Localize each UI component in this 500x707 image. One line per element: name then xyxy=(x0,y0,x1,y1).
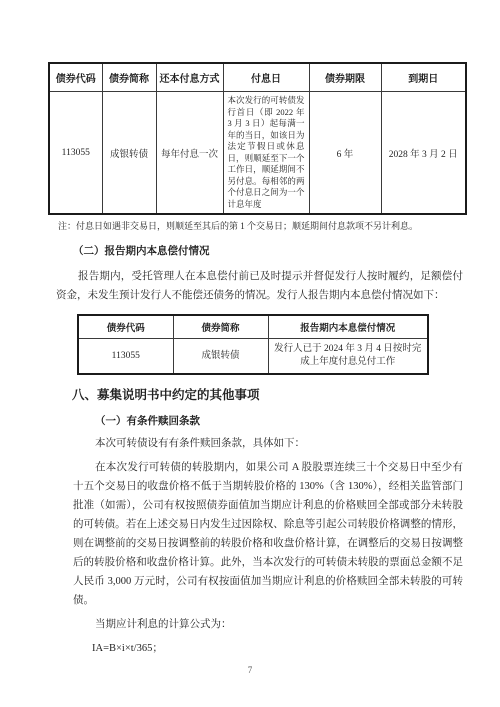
paragraph-repayment: 报告期内，受托管理人在本息偿付前已及时提示并督促发行人按时履约，足额偿付资金，未… xyxy=(56,267,463,305)
cell-bond-name-2: 成银转债 xyxy=(173,339,268,375)
col-header-bond-name-2: 债券简称 xyxy=(173,315,268,339)
paragraph-formula-intro: 当期应计利息的计算公式为： xyxy=(73,615,463,634)
subsection-heading-conditional-redemption: （一）有条件赎回条款 xyxy=(73,415,463,429)
paragraph-redemption-intro: 本次可转债设有有条件赎回条款，具体如下： xyxy=(73,434,463,453)
col-header-maturity-date: 到期日 xyxy=(381,63,466,92)
section-heading-repayment: （二）报告期内本息偿付情况 xyxy=(56,245,463,259)
repayment-status-header-row: 债券代码 债券简称 报告期内本息偿付情况 xyxy=(78,315,428,339)
col-header-payment-method: 还本付息方式 xyxy=(156,63,223,92)
col-header-bond-code: 债券代码 xyxy=(49,63,102,92)
bond-payment-table: 债券代码 债券简称 还本付息方式 付息日 债券期限 到期日 113055 成银转… xyxy=(48,62,467,215)
formula-text: IA=B×i×t/365； xyxy=(73,639,463,658)
col-header-repayment-status: 报告期内本息偿付情况 xyxy=(268,315,428,339)
cell-bond-name: 成银转债 xyxy=(102,92,156,215)
cell-maturity-date: 2028 年 3 月 2 日 xyxy=(381,92,466,215)
cell-bond-code-2: 113055 xyxy=(78,339,173,375)
bond-payment-table-row: 113055 成银转债 每年付息一次 本次发行的可转债发行首日（即 2022 年… xyxy=(49,92,466,215)
cell-payment-method: 每年付息一次 xyxy=(156,92,223,215)
section-heading-other-matters: 八、募集说明书中约定的其他事项 xyxy=(72,387,463,404)
repayment-status-table: 债券代码 债券简称 报告期内本息偿付情况 113055 成银转债 发行人已于 2… xyxy=(77,314,429,375)
col-header-bond-code-2: 债券代码 xyxy=(78,315,173,339)
page-number: 7 xyxy=(0,665,500,675)
col-header-bond-term: 债券期限 xyxy=(309,63,381,92)
paragraph-redemption-terms: 在本次发行可转债的转股期内，如果公司 A 股股票连续三十个交易日中至少有十五个交… xyxy=(73,458,463,610)
subsection-conditional-redemption: （一）有条件赎回条款 本次可转债设有有条件赎回条款，具体如下： 在本次发行可转债… xyxy=(73,415,463,658)
cell-bond-code: 113055 xyxy=(49,92,102,215)
table-note: 注：付息日如遇非交易日，则顺延至其后的第 1 个交易日；顺延期间付息款项不另计利… xyxy=(58,220,470,233)
cell-interest-date: 本次发行的可转债发行首日（即 2022 年 3 月 3 日）起每满一年的当日，如… xyxy=(223,92,309,215)
bond-payment-table-header-row: 债券代码 债券简称 还本付息方式 付息日 债券期限 到期日 xyxy=(49,63,466,92)
cell-bond-term: 6 年 xyxy=(309,92,381,215)
cell-repayment-status: 发行人已于 2024 年 3 月 4 日按时完成上年度付息兑付工作 xyxy=(268,339,428,375)
document-page: 债券代码 债券简称 还本付息方式 付息日 债券期限 到期日 113055 成银转… xyxy=(0,0,500,707)
col-header-bond-name: 债券简称 xyxy=(102,63,156,92)
repayment-status-row: 113055 成银转债 发行人已于 2024 年 3 月 4 日按时完成上年度付… xyxy=(78,339,428,375)
col-header-interest-date: 付息日 xyxy=(223,63,309,92)
